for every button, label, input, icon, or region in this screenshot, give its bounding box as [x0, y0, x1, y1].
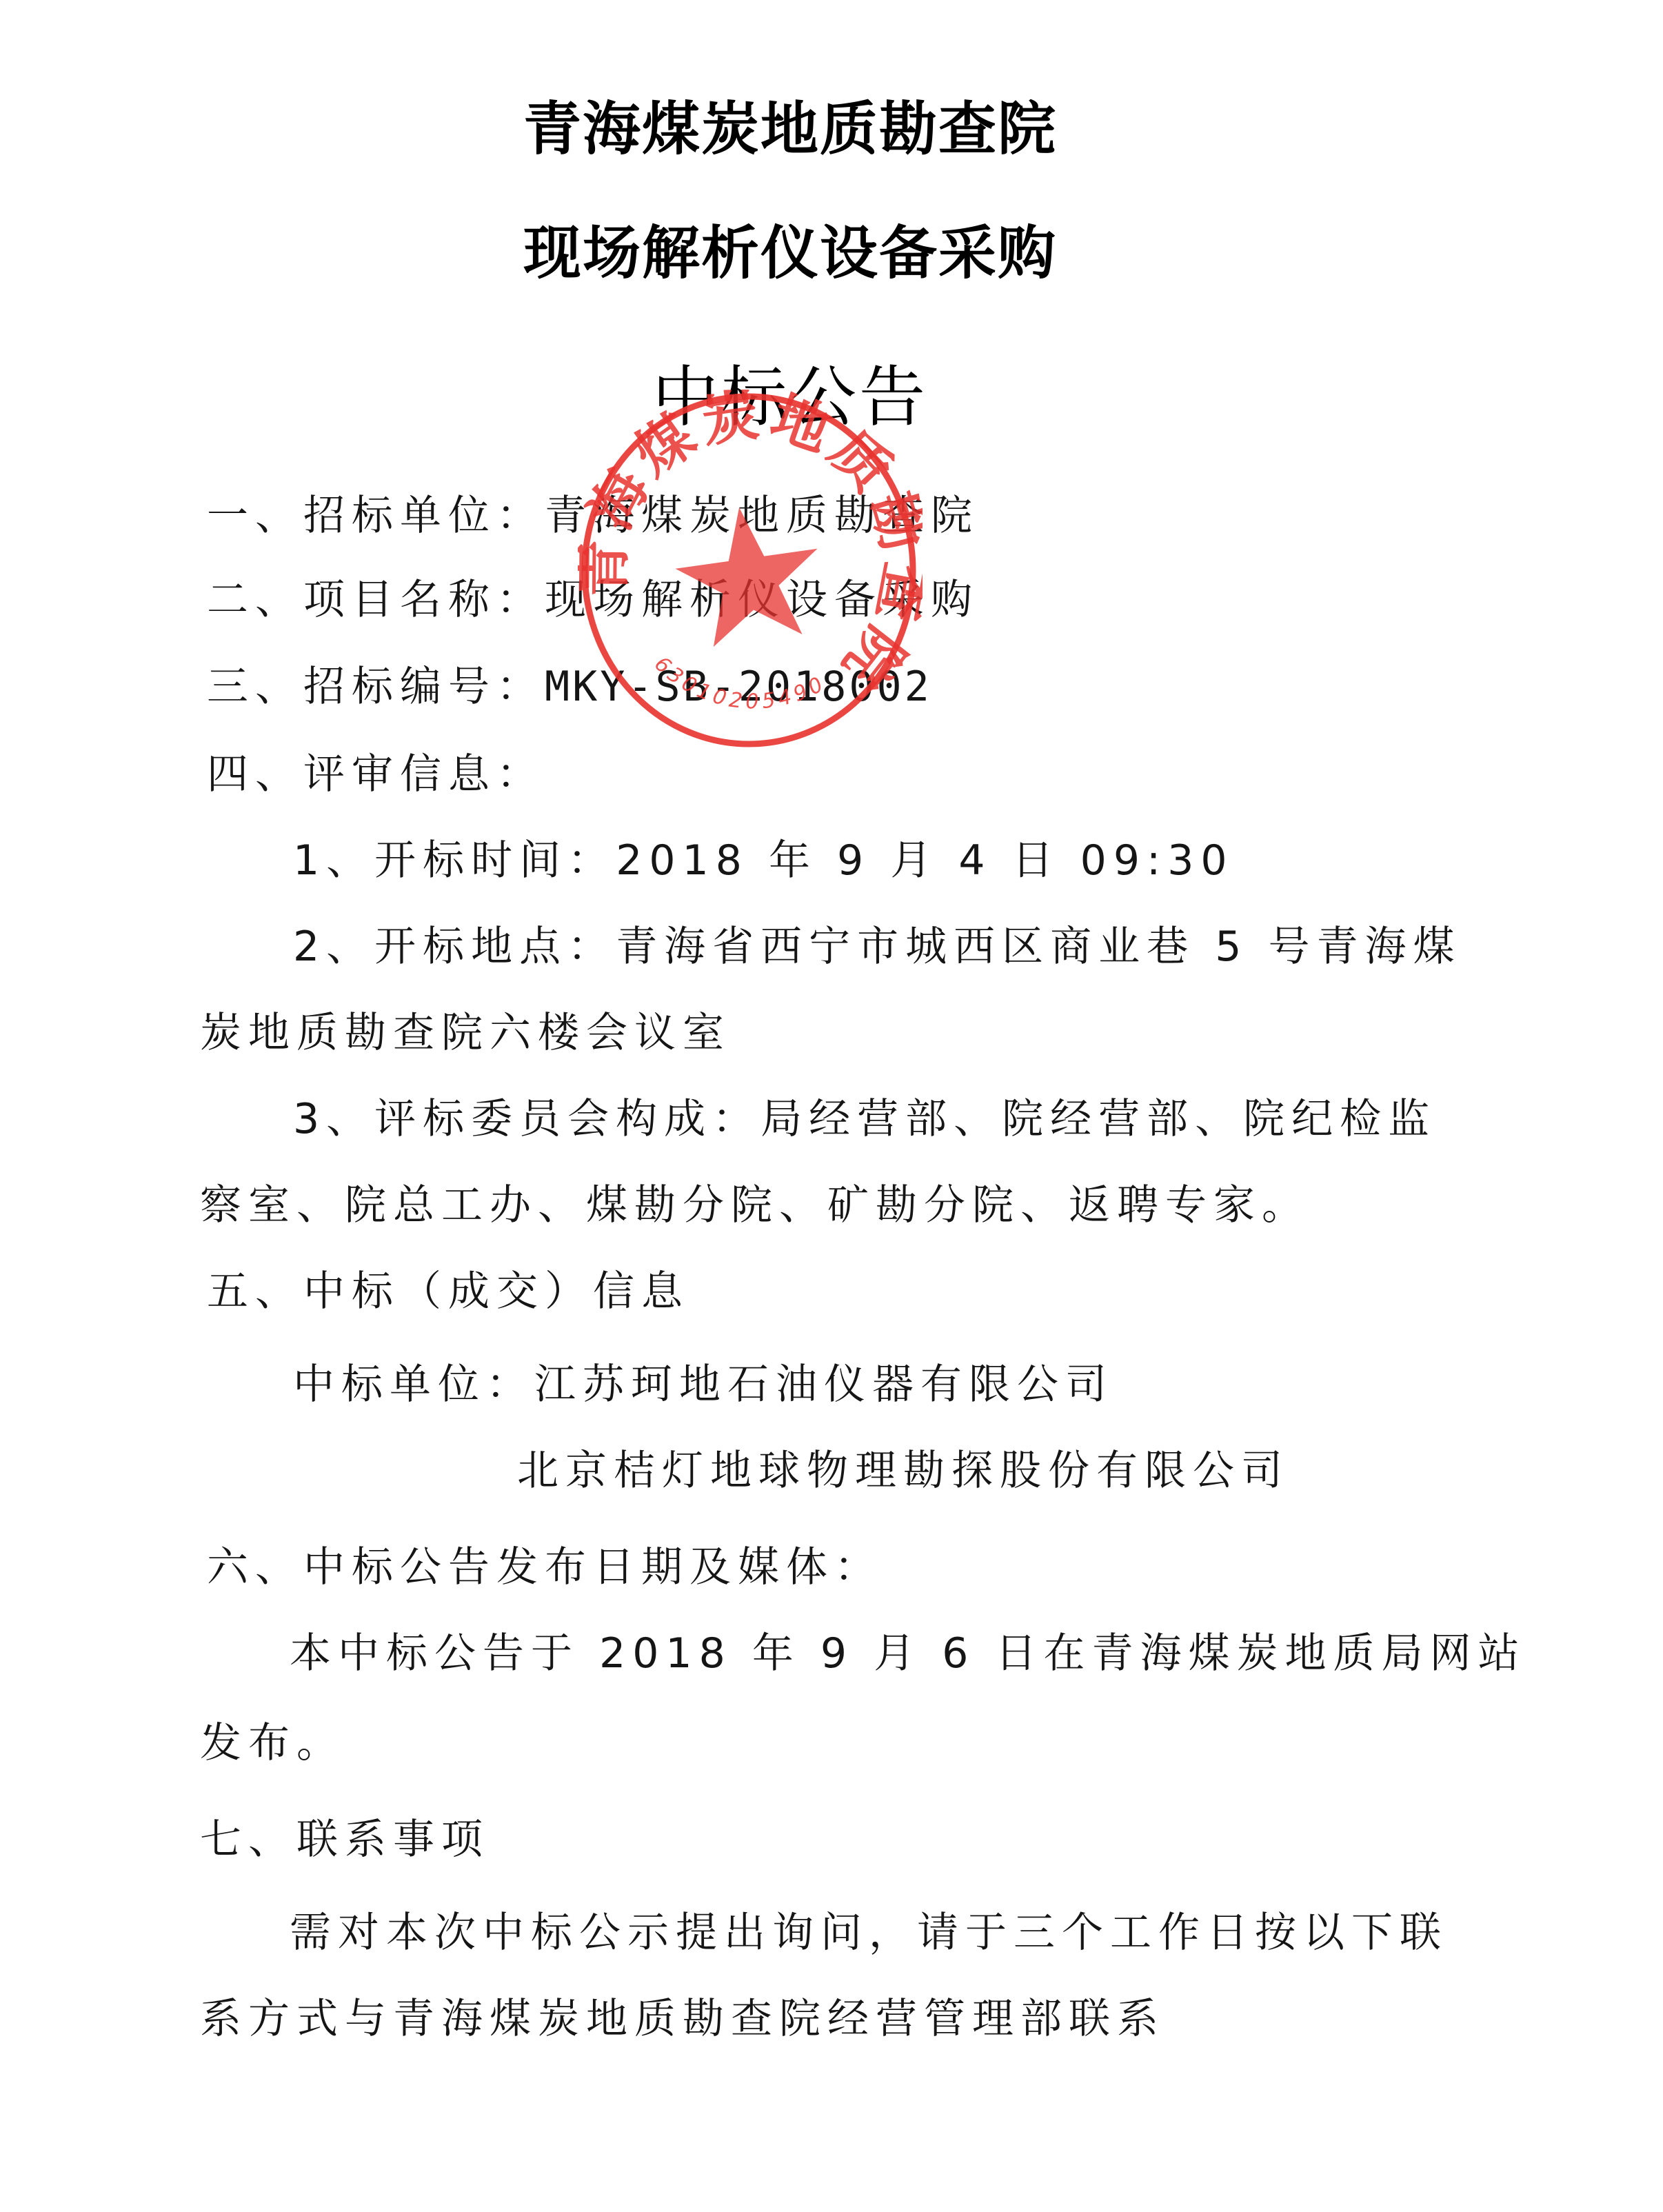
review-item-3-label: 3、评标委员会构成： [293, 1095, 760, 1143]
svg-text:63010205490: 63010205490 [649, 652, 831, 714]
review-item-1: 1、开标时间：2018 年 9 月 4 日 09:30 [293, 827, 1234, 887]
committee-line2: 察室、院总工办、煤勘分院、矿勘分院、返聘专家。 [200, 1172, 1310, 1231]
review-item-1-label: 1、开标时间： [293, 836, 616, 885]
review-item-2-label: 2、开标地点： [293, 923, 616, 971]
review-item-2: 2、开标地点：青海省西宁市城西区商业巷 5 号青海煤 [293, 914, 1462, 973]
star-icon [668, 497, 829, 650]
publication-text-line2: 发布。 [200, 1710, 345, 1769]
section-4-heading: 四、评审信息： [207, 741, 545, 801]
review-item-3: 3、评标委员会构成：局经营部、院经营部、院纪检监 [293, 1086, 1436, 1145]
opening-time: 2018 年 9 月 4 日 09:30 [616, 836, 1233, 885]
winner-company-1: 江苏珂地石油仪器有限公司 [534, 1360, 1113, 1409]
opening-location-line1: 青海省西宁市城西区商业巷 5 号青海煤 [616, 923, 1461, 971]
title-project: 现场解析仪设备采购 [0, 207, 1622, 290]
document-page: 青海煤炭地质勘查院 现场解析仪设备采购 中标公告 一、招标单位：青海煤炭地质勘查… [0, 0, 1663, 2212]
winner-row-1: 中标单位：江苏珂地石油仪器有限公司 [293, 1351, 1113, 1411]
section-2-label: 二、项目名称： [207, 576, 545, 624]
seal-stamp-icon: 青海煤炭地质勘查院 63010205490 [578, 390, 923, 748]
winner-label: 中标单位： [293, 1360, 534, 1409]
official-seal: 青海煤炭地质勘查院 63010205490 [578, 390, 923, 748]
winner-company-2: 北京桔灯地球物理勘探股份有限公司 [517, 1438, 1289, 1497]
contact-text-line2: 系方式与青海煤炭地质勘查院经营管理部联系 [200, 1986, 1165, 2045]
committee-line1: 局经营部、院经营部、院纪检监 [760, 1095, 1436, 1143]
publication-text-line1: 本中标公告于 2018 年 9 月 6 日在青海煤炭地质局网站 [290, 1620, 1526, 1680]
section-6-heading: 六、中标公告发布日期及媒体： [207, 1534, 883, 1593]
section-1-label: 一、招标单位： [207, 492, 545, 540]
section-5-heading: 五、中标（成交）信息 [207, 1258, 689, 1318]
section-3-label: 三、招标编号： [207, 663, 545, 711]
contact-text-line1: 需对本次中标公示提出询问，请于三个工作日按以下联 [290, 1900, 1448, 1959]
section-7-heading: 七、联系事项 [200, 1807, 490, 1866]
title-organization: 青海煤炭地质勘查院 [0, 83, 1622, 166]
opening-location-line2: 炭地质勘查院六楼会议室 [200, 1000, 731, 1059]
